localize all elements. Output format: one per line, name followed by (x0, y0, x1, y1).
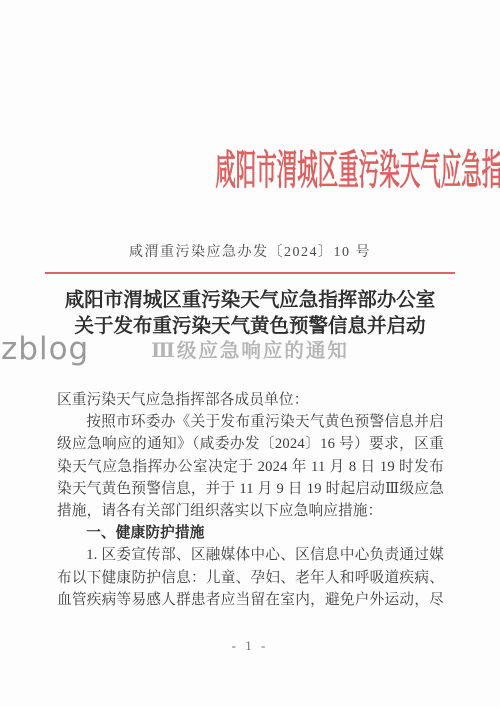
document-number: 咸渭重污染应急办发〔2024〕10 号 (0, 241, 500, 261)
site-watermark: zblog (1, 331, 89, 367)
body-section-heading: 一、健康防护措施 (57, 522, 444, 544)
body-line: 1. 区委宣传部、区融媒体中心、区信息中心负责通过媒体发 (57, 544, 444, 566)
body-line-salutation: 区重污染天气应急指挥部各成员单位： (57, 389, 444, 411)
red-divider-rule (45, 272, 455, 274)
body-line: 布以下健康防护信息：儿童、孕妇、老年人和呼吸道疾病、心脑 (57, 567, 444, 589)
document-body: 区重污染天气应急指挥部各成员单位： 按照市环委办《关于发布重污染天气黄色预警信息… (57, 389, 444, 611)
body-line: 染天气应急指挥办公室决定于 2024 年 11 月 8 日 19 时发布重污 (57, 456, 444, 478)
body-line: 按照市环委办《关于发布重污染天气黄色预警信息并启动Ⅲ (57, 411, 444, 433)
body-line: 级应急响应的通知》（咸委办发〔2024〕16 号）要求，区重污 (57, 433, 444, 455)
body-line: 血管疾病等易感人群患者应当留在室内，避免户外运动，尽量减 (57, 589, 444, 611)
notice-title-line-1: 咸阳市渭城区重污染天气应急指挥部办公室 (0, 288, 500, 314)
body-line: 染天气黄色预警信息，并于 11 月 9 日 19 时起启动Ⅲ级应急响应 (57, 478, 444, 500)
document-red-header: 咸阳市渭城区重污染天气应急指挥部办公室文件 (0, 146, 500, 195)
body-line: 措施，请各有关部门组织落实以下应急响应措施： (57, 500, 444, 522)
issuing-org-title: 咸阳市渭城区重污染天气应急指挥部办公室文件 (215, 146, 500, 195)
page-number: - 1 - (0, 638, 500, 654)
scanned-document-page: 咸阳市渭城区重污染天气应急指挥部办公室文件 咸渭重污染应急办发〔2024〕10 … (0, 0, 500, 707)
